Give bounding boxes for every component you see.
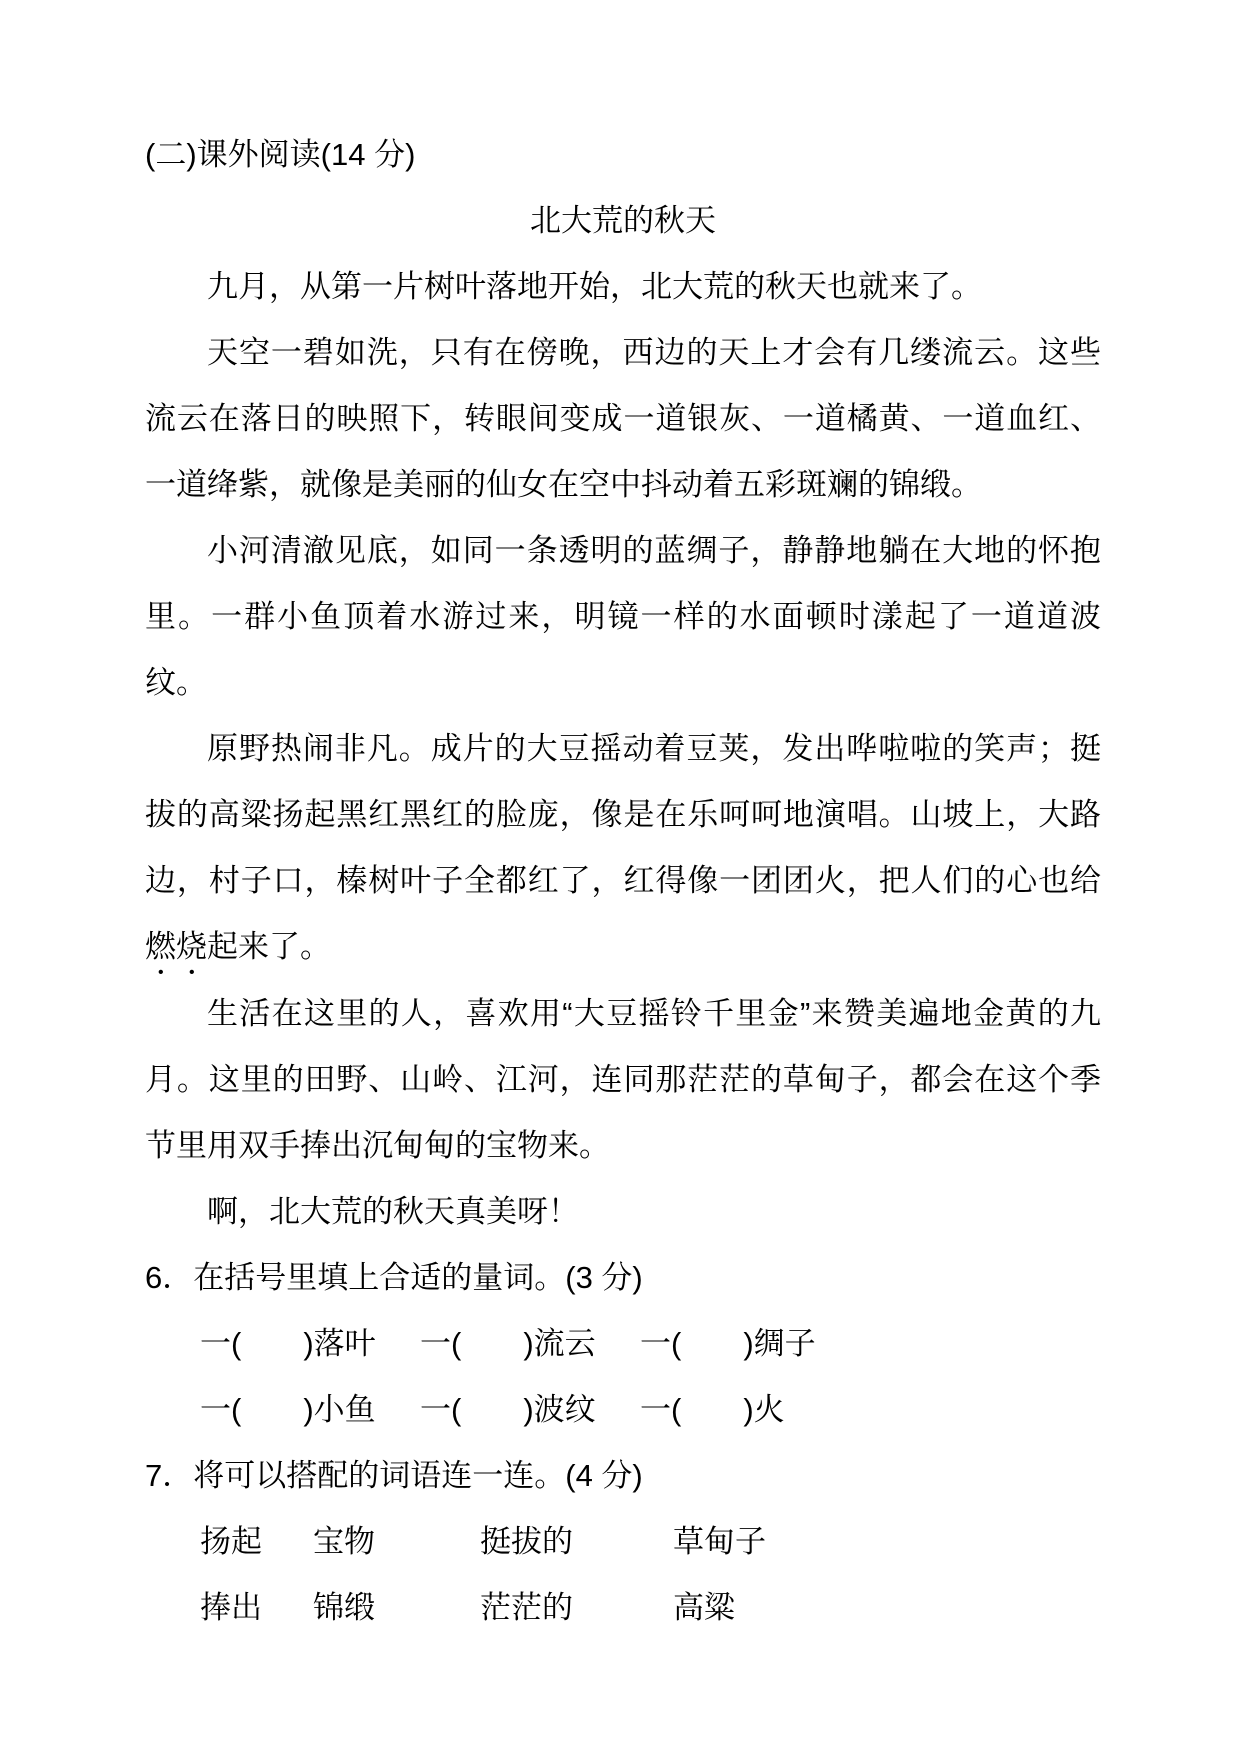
passage-paragraph: 生活在这里的人，喜欢用“大豆摇铃千里金”来赞美遍地金黄的九月。这里的田野、山岭、…	[145, 981, 1101, 1179]
match-word: 宝物	[313, 1509, 480, 1575]
q7-match-row-2: 捧出锦缎茫茫的高粱	[145, 1575, 1101, 1641]
passage-paragraph: 九月，从第一片树叶落地开始，北大荒的秋天也就来了。	[145, 254, 1101, 320]
question-6-heading: 6．在括号里填上合适的量词。(3 分)	[145, 1245, 1101, 1311]
question-7-number: 7．	[145, 1458, 193, 1493]
match-word: 高粱	[673, 1575, 1101, 1641]
passage-paragraph: 原野热闹非凡。成片的大豆摇动着豆荚，发出哗啦啦的笑声；挺拔的高粱扬起黑红黑红的脸…	[145, 716, 1101, 981]
q7-match-row-1: 扬起宝物挺拔的草甸子	[145, 1509, 1101, 1575]
quantifier-blank: 一( )流云	[420, 1311, 640, 1377]
question-7: 7．将可以搭配的词语连一连。(4 分) 扬起宝物挺拔的草甸子 捧出锦缎茫茫的高粱	[145, 1443, 1101, 1641]
passage-text: 起来了。	[207, 929, 331, 964]
question-6-prompt: 在括号里填上合适的量词。(3 分)	[193, 1260, 643, 1295]
passage-paragraph: 天空一碧如洗，只有在傍晚，西边的天上才会有几缕流云。这些流云在落日的映照下，转眼…	[145, 320, 1101, 518]
quantifier-blank: 一( )落叶	[200, 1311, 420, 1377]
emphasized-text: 燃烧	[145, 929, 207, 964]
q6-blank-row-1: 一( )落叶一( )流云一( )绸子	[145, 1311, 1101, 1377]
passage-text: 小河清澈见底，如同一条透明的蓝绸子，静静地躺在大地的怀抱里。一群小鱼顶着水游过来…	[145, 533, 1101, 700]
q6-blank-row-2: 一( )小鱼一( )波纹一( )火	[145, 1377, 1101, 1443]
match-word: 茫茫的	[480, 1575, 673, 1641]
passage-body: 九月，从第一片树叶落地开始，北大荒的秋天也就来了。天空一碧如洗，只有在傍晚，西边…	[145, 254, 1101, 1245]
passage-text: 生活在这里的人，喜欢用“大豆摇铃千里金”来赞美遍地金黄的九月。这里的田野、山岭、…	[145, 996, 1101, 1163]
passage-text: 天空一碧如洗，只有在傍晚，西边的天上才会有几缕流云。这些流云在落日的映照下，转眼…	[145, 335, 1101, 502]
question-6: 6．在括号里填上合适的量词。(3 分) 一( )落叶一( )流云一( )绸子 一…	[145, 1245, 1101, 1443]
question-6-number: 6．	[145, 1260, 193, 1295]
passage-paragraph: 啊，北大荒的秋天真美呀！	[145, 1179, 1101, 1245]
passage-text: 原野热闹非凡。成片的大豆摇动着豆荚，发出哗啦啦的笑声；挺拔的高粱扬起黑红黑红的脸…	[145, 731, 1101, 898]
match-word: 扬起	[200, 1509, 313, 1575]
question-7-prompt: 将可以搭配的词语连一连。(4 分)	[193, 1458, 643, 1493]
section-heading: (二)课外阅读(14 分)	[145, 122, 1101, 188]
match-word: 捧出	[200, 1575, 313, 1641]
match-word: 挺拔的	[480, 1509, 673, 1575]
quantifier-blank: 一( )绸子	[640, 1311, 1101, 1377]
match-word: 锦缎	[313, 1575, 480, 1641]
passage-text: 九月，从第一片树叶落地开始，北大荒的秋天也就来了。	[207, 269, 982, 304]
passage-text: 啊，北大荒的秋天真美呀！	[207, 1194, 579, 1229]
quantifier-blank: 一( )小鱼	[200, 1377, 420, 1443]
match-word: 草甸子	[673, 1509, 1101, 1575]
worksheet-page: (二)课外阅读(14 分) 北大荒的秋天 九月，从第一片树叶落地开始，北大荒的秋…	[0, 0, 1241, 1754]
quantifier-blank: 一( )波纹	[420, 1377, 640, 1443]
passage-paragraph: 小河清澈见底，如同一条透明的蓝绸子，静静地躺在大地的怀抱里。一群小鱼顶着水游过来…	[145, 518, 1101, 716]
passage-title: 北大荒的秋天	[145, 188, 1101, 254]
question-7-heading: 7．将可以搭配的词语连一连。(4 分)	[145, 1443, 1101, 1509]
quantifier-blank: 一( )火	[640, 1377, 1101, 1443]
